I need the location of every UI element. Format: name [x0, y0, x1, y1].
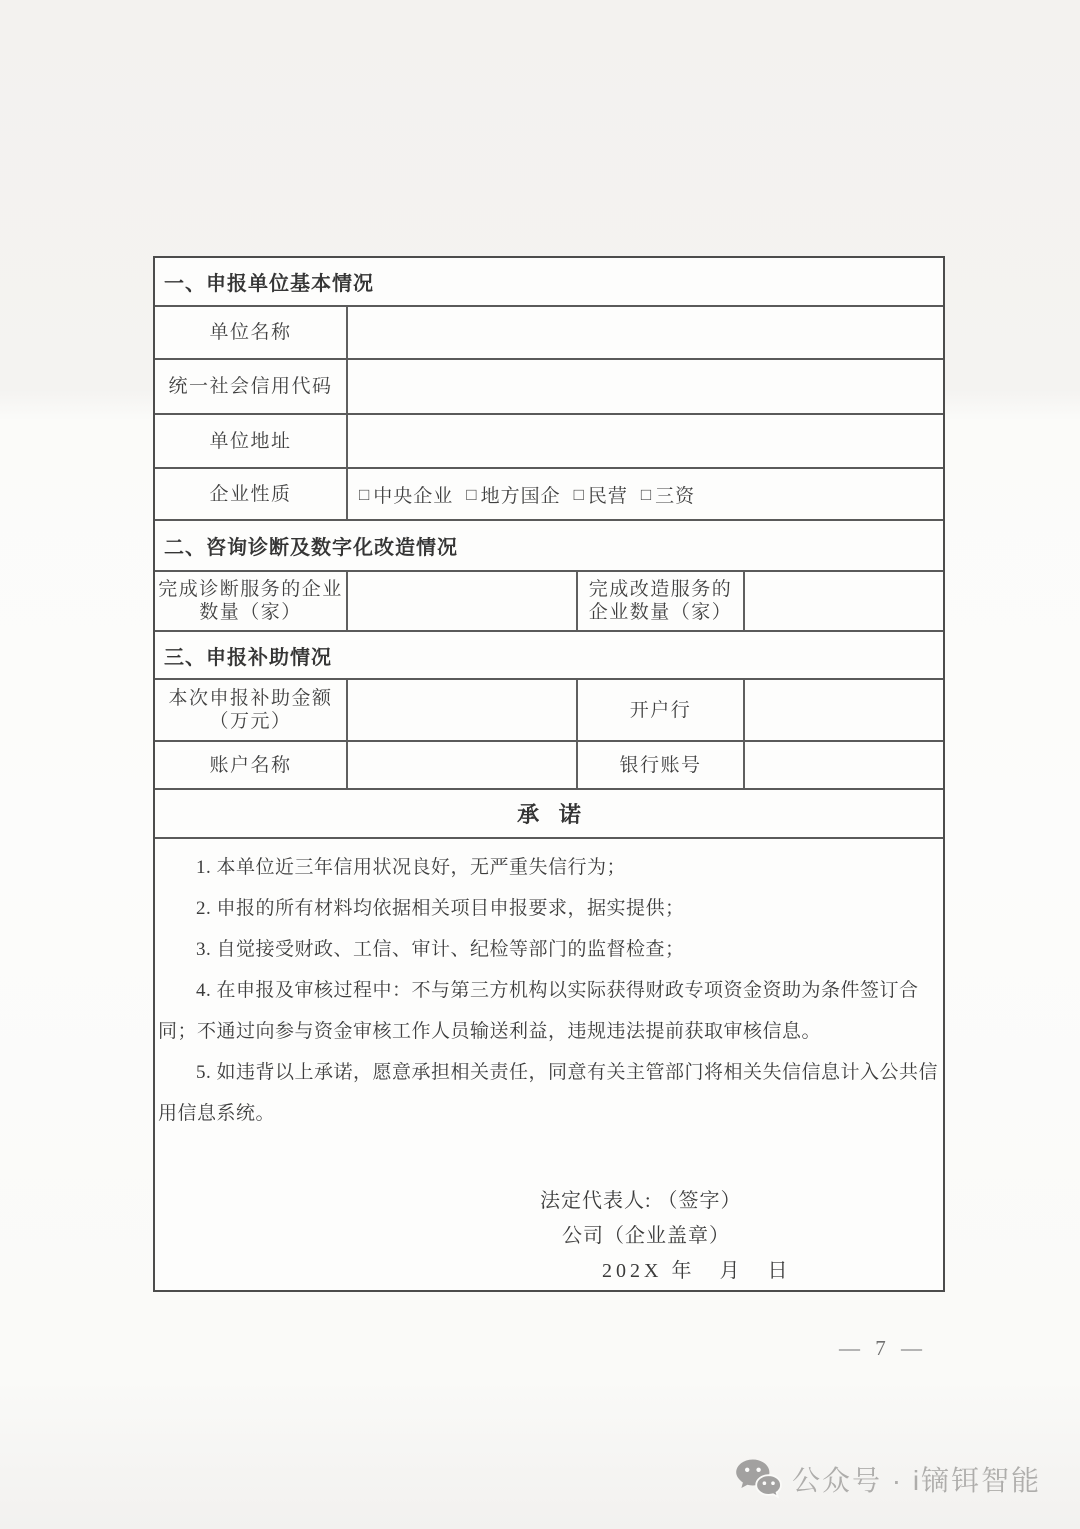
commitment-item: 3. 自觉接受财政、工信、审计、纪检等部门的监督检查；: [158, 929, 940, 970]
document-page: 一、申报单位基本情况 单位名称 统一社会信用代码 单位地址 企业性质 □中央企业…: [0, 0, 1080, 1529]
table-row-diagnosis-counts: 完成诊断服务的企业 数量（家） 完成改造服务的 企业数量（家）: [155, 572, 943, 632]
commitment-header: 承诺: [155, 790, 943, 839]
page-number: — 7 —: [828, 1336, 938, 1361]
checkbox-option-local-soe: □地方国企: [466, 481, 560, 508]
signature-company-seal: 公司（企业盖章）: [562, 1219, 791, 1254]
commitment-title: 承诺: [497, 798, 600, 829]
section2-title: 二、咨询诊断及数字化改造情况: [164, 531, 458, 560]
commitment-body: 1. 本单位近三年信用状况良好，无严重失信行为； 2. 申报的所有材料均依据相关…: [155, 839, 943, 1290]
field-value-bank-branch: [745, 680, 943, 740]
application-form-table: 一、申报单位基本情况 单位名称 统一社会信用代码 单位地址 企业性质 □中央企业…: [153, 256, 945, 1292]
checkbox-option-label: 民营: [588, 481, 628, 508]
field-value-unit-name: [348, 307, 943, 358]
section1-header: 一、申报单位基本情况: [155, 258, 943, 307]
checkbox-icon: □: [359, 486, 370, 503]
field-value-subsidy-amount: [348, 680, 578, 740]
wechat-icon: [735, 1458, 782, 1500]
commitment-item: 1. 本单位近三年信用状况良好，无严重失信行为；: [158, 847, 940, 888]
table-row-unit-address: 单位地址: [155, 415, 943, 469]
commitment-item: 4. 在申报及审核过程中：不与第三方机构以实际获得财政专项资金资助为条件签订合同…: [158, 970, 940, 1052]
section1-title: 一、申报单位基本情况: [164, 267, 374, 296]
field-label-unit-address: 单位地址: [155, 415, 348, 467]
field-value-credit-code: [348, 360, 943, 413]
signature-block: 法定代表人: （签字） 公司（企业盖章） 202X 年 月 日: [540, 1184, 791, 1289]
table-row-subsidy-amount: 本次申报补助金额 （万元） 开户行: [155, 680, 943, 742]
checkbox-icon: □: [466, 486, 477, 503]
checkbox-option-central: □中央企业: [359, 481, 453, 508]
checkbox-icon: □: [641, 486, 652, 503]
commitment-item: 5. 如违背以上承诺，愿意承担相关责任，同意有关主管部门将相关失信信息计入公共信…: [158, 1052, 940, 1134]
checkbox-option-label: 三资: [655, 481, 695, 508]
field-label-bank-branch: 开户行: [578, 680, 745, 740]
table-row-enterprise-nature: 企业性质 □中央企业 □地方国企 □民营 □三资: [155, 469, 943, 521]
field-value-transformed-count: [745, 572, 943, 630]
enterprise-nature-options: □中央企业 □地方国企 □民营 □三资: [348, 469, 943, 519]
field-label-credit-code: 统一社会信用代码: [155, 360, 348, 413]
section2-header: 二、咨询诊断及数字化改造情况: [155, 521, 943, 572]
table-row-credit-code: 统一社会信用代码: [155, 360, 943, 415]
checkbox-option-private: □民营: [574, 481, 628, 508]
field-label-account-name: 账户名称: [155, 742, 348, 788]
table-row-unit-name: 单位名称: [155, 307, 943, 360]
field-label-subsidy-amount: 本次申报补助金额 （万元）: [155, 680, 348, 740]
field-label-bank-account: 银行账号: [578, 742, 745, 788]
watermark-text: 公众号 · i镝铒智能: [792, 1459, 1041, 1499]
field-value-unit-address: [348, 415, 943, 467]
field-label-transformed-count: 完成改造服务的 企业数量（家）: [578, 572, 745, 630]
field-label-unit-name: 单位名称: [155, 307, 348, 358]
field-value-bank-account: [745, 742, 943, 788]
commitment-item: 2. 申报的所有材料均依据相关项目申报要求，据实提供；: [158, 888, 940, 929]
section3-title: 三、申报补助情况: [164, 641, 332, 670]
field-label-diagnosed-count: 完成诊断服务的企业 数量（家）: [155, 572, 348, 630]
checkbox-icon: □: [574, 486, 585, 503]
field-value-account-name: [348, 742, 578, 788]
section3-header: 三、申报补助情况: [155, 632, 943, 680]
table-row-account: 账户名称 银行账号: [155, 742, 943, 790]
field-value-diagnosed-count: [348, 572, 578, 630]
signature-legal-representative: 法定代表人: （签字）: [540, 1184, 791, 1219]
checkbox-option-label: 中央企业: [373, 481, 453, 508]
field-label-enterprise-nature: 企业性质: [155, 469, 348, 519]
checkbox-option-label: 地方国企: [481, 481, 561, 508]
checkbox-option-foreign: □三资: [641, 481, 695, 508]
signature-date: 202X 年 月 日: [602, 1254, 791, 1289]
watermark: 公众号 · i镝铒智能: [735, 1458, 1041, 1500]
